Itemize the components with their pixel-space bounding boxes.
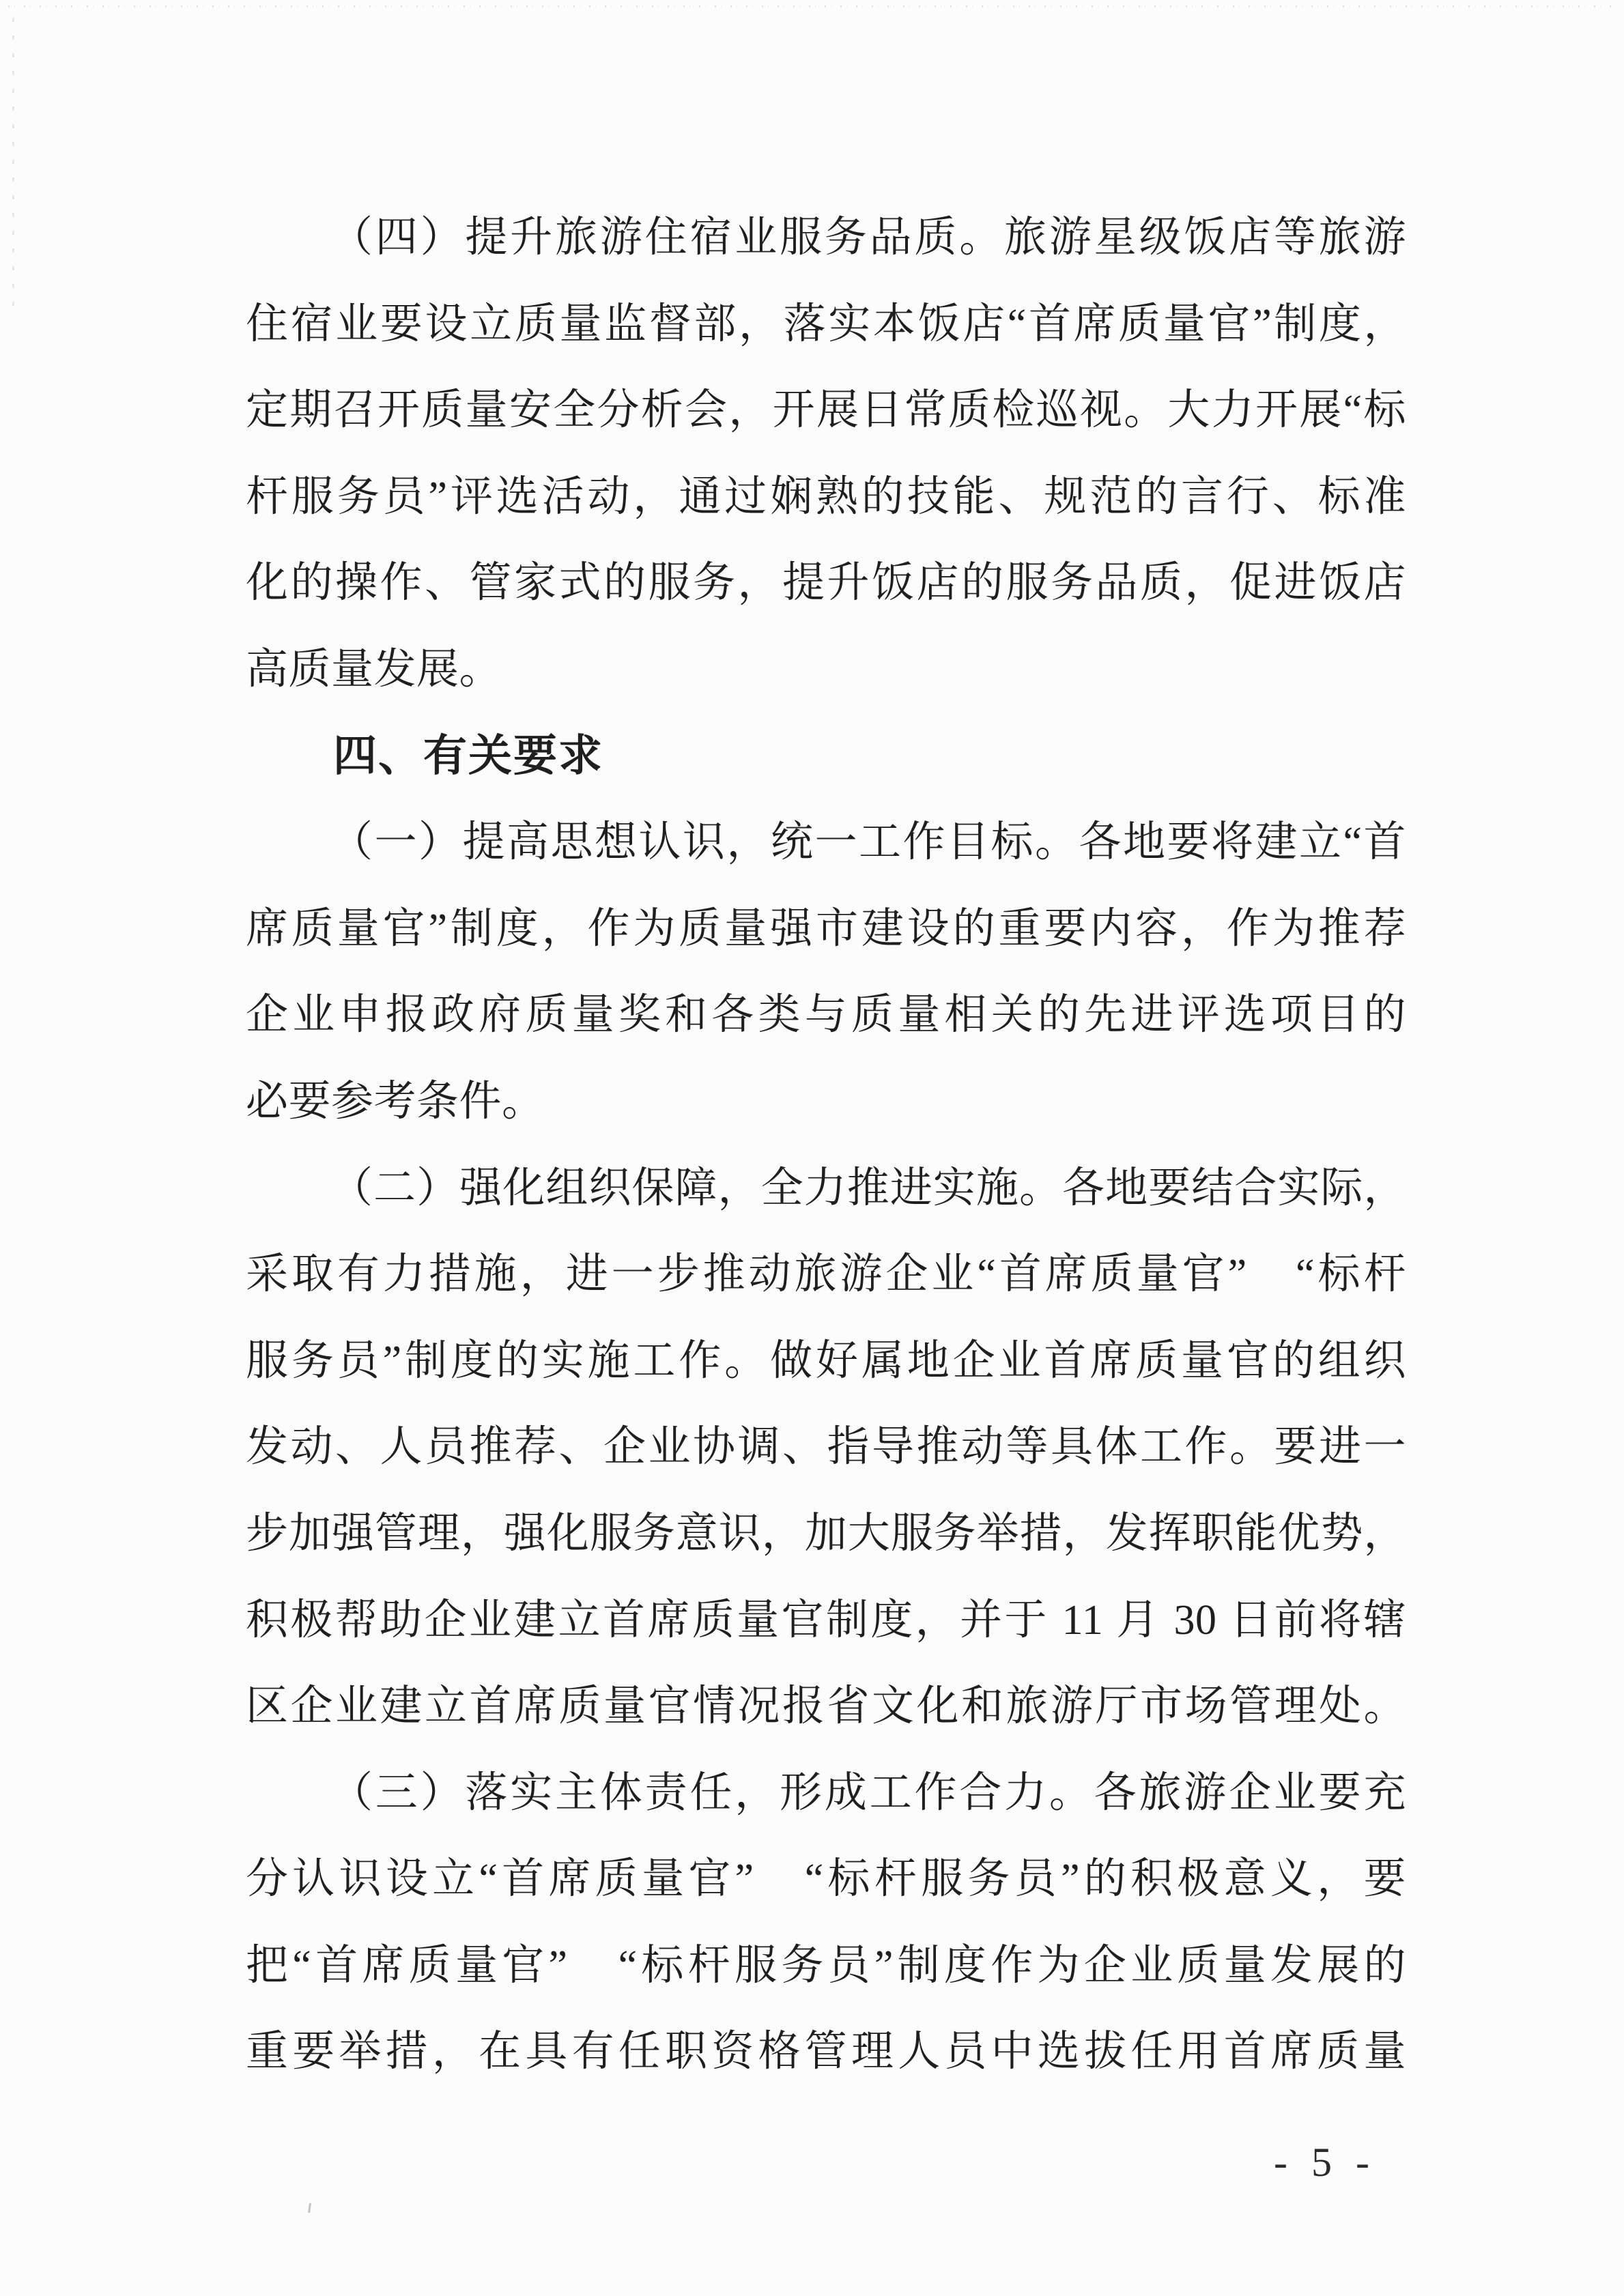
text-line: 采取有力措施，进一步推动旅游企业“首席质量官” “标杆 — [246, 1231, 1406, 1318]
text-line: 重要举措，在具有任职资格管理人员中选拔任用首席质量 — [246, 2009, 1406, 2095]
text-line: 企业申报政府质量奖和各类与质量相关的先进评选项目的 — [246, 972, 1406, 1059]
text-line: （三）落实主体责任，形成工作合力。各旅游企业要充 — [246, 1750, 1406, 1837]
section-heading: 四、有关要求 — [246, 713, 1406, 800]
text-line: 步加强管理，强化服务意识，加大服务举措，发挥职能优势， — [246, 1491, 1406, 1577]
scan-speck — [308, 2203, 311, 2213]
text-line: 定期召开质量安全分析会，开展日常质检巡视。大力开展“标 — [246, 367, 1406, 454]
text-line: 化的操作、管家式的服务，提升饭店的服务品质，促进饭店 — [246, 540, 1406, 627]
text-line: 积极帮助企业建立首席质量官制度，并于 11 月 30 日前将辖 — [246, 1577, 1406, 1664]
text-line: 区企业建立首席质量官情况报省文化和旅游厅市场管理处。 — [246, 1663, 1406, 1750]
document-page: （四）提升旅游住宿业服务品质。旅游星级饭店等旅游住宿业要设立质量监督部，落实本饭… — [0, 0, 1624, 2296]
page-number: - 5 - — [1274, 2139, 1376, 2186]
text-line: （四）提升旅游住宿业服务品质。旅游星级饭店等旅游 — [246, 195, 1406, 281]
text-line: 把“首席质量官” “标杆服务员”制度作为企业质量发展的 — [246, 1923, 1406, 2009]
text-line: （二）强化组织保障，全力推进实施。各地要结合实际， — [246, 1145, 1406, 1232]
text-line: 服务员”制度的实施工作。做好属地企业首席质量官的组织 — [246, 1318, 1406, 1405]
text-line: 高质量发展。 — [246, 627, 1406, 713]
text-line: 必要参考条件。 — [246, 1059, 1406, 1145]
text-line: 分认识设立“首席质量官” “标杆服务员”的积极意义，要 — [246, 1836, 1406, 1923]
text-line: 住宿业要设立质量监督部，落实本饭店“首席质量官”制度， — [246, 281, 1406, 368]
scan-noise-top — [8, 5, 1616, 8]
text-line: （一）提高思想认识，统一工作目标。各地要将建立“首 — [246, 799, 1406, 886]
document-body-text: （四）提升旅游住宿业服务品质。旅游星级饭店等旅游住宿业要设立质量监督部，落实本饭… — [246, 195, 1406, 2095]
scan-noise-left — [12, 18, 14, 311]
text-line: 席质量官”制度，作为质量强市建设的重要内容，作为推荐 — [246, 886, 1406, 973]
text-line: 杆服务员”评选活动，通过娴熟的技能、规范的言行、标准 — [246, 454, 1406, 541]
text-line: 发动、人员推荐、企业协调、指导推动等具体工作。要进一 — [246, 1404, 1406, 1491]
